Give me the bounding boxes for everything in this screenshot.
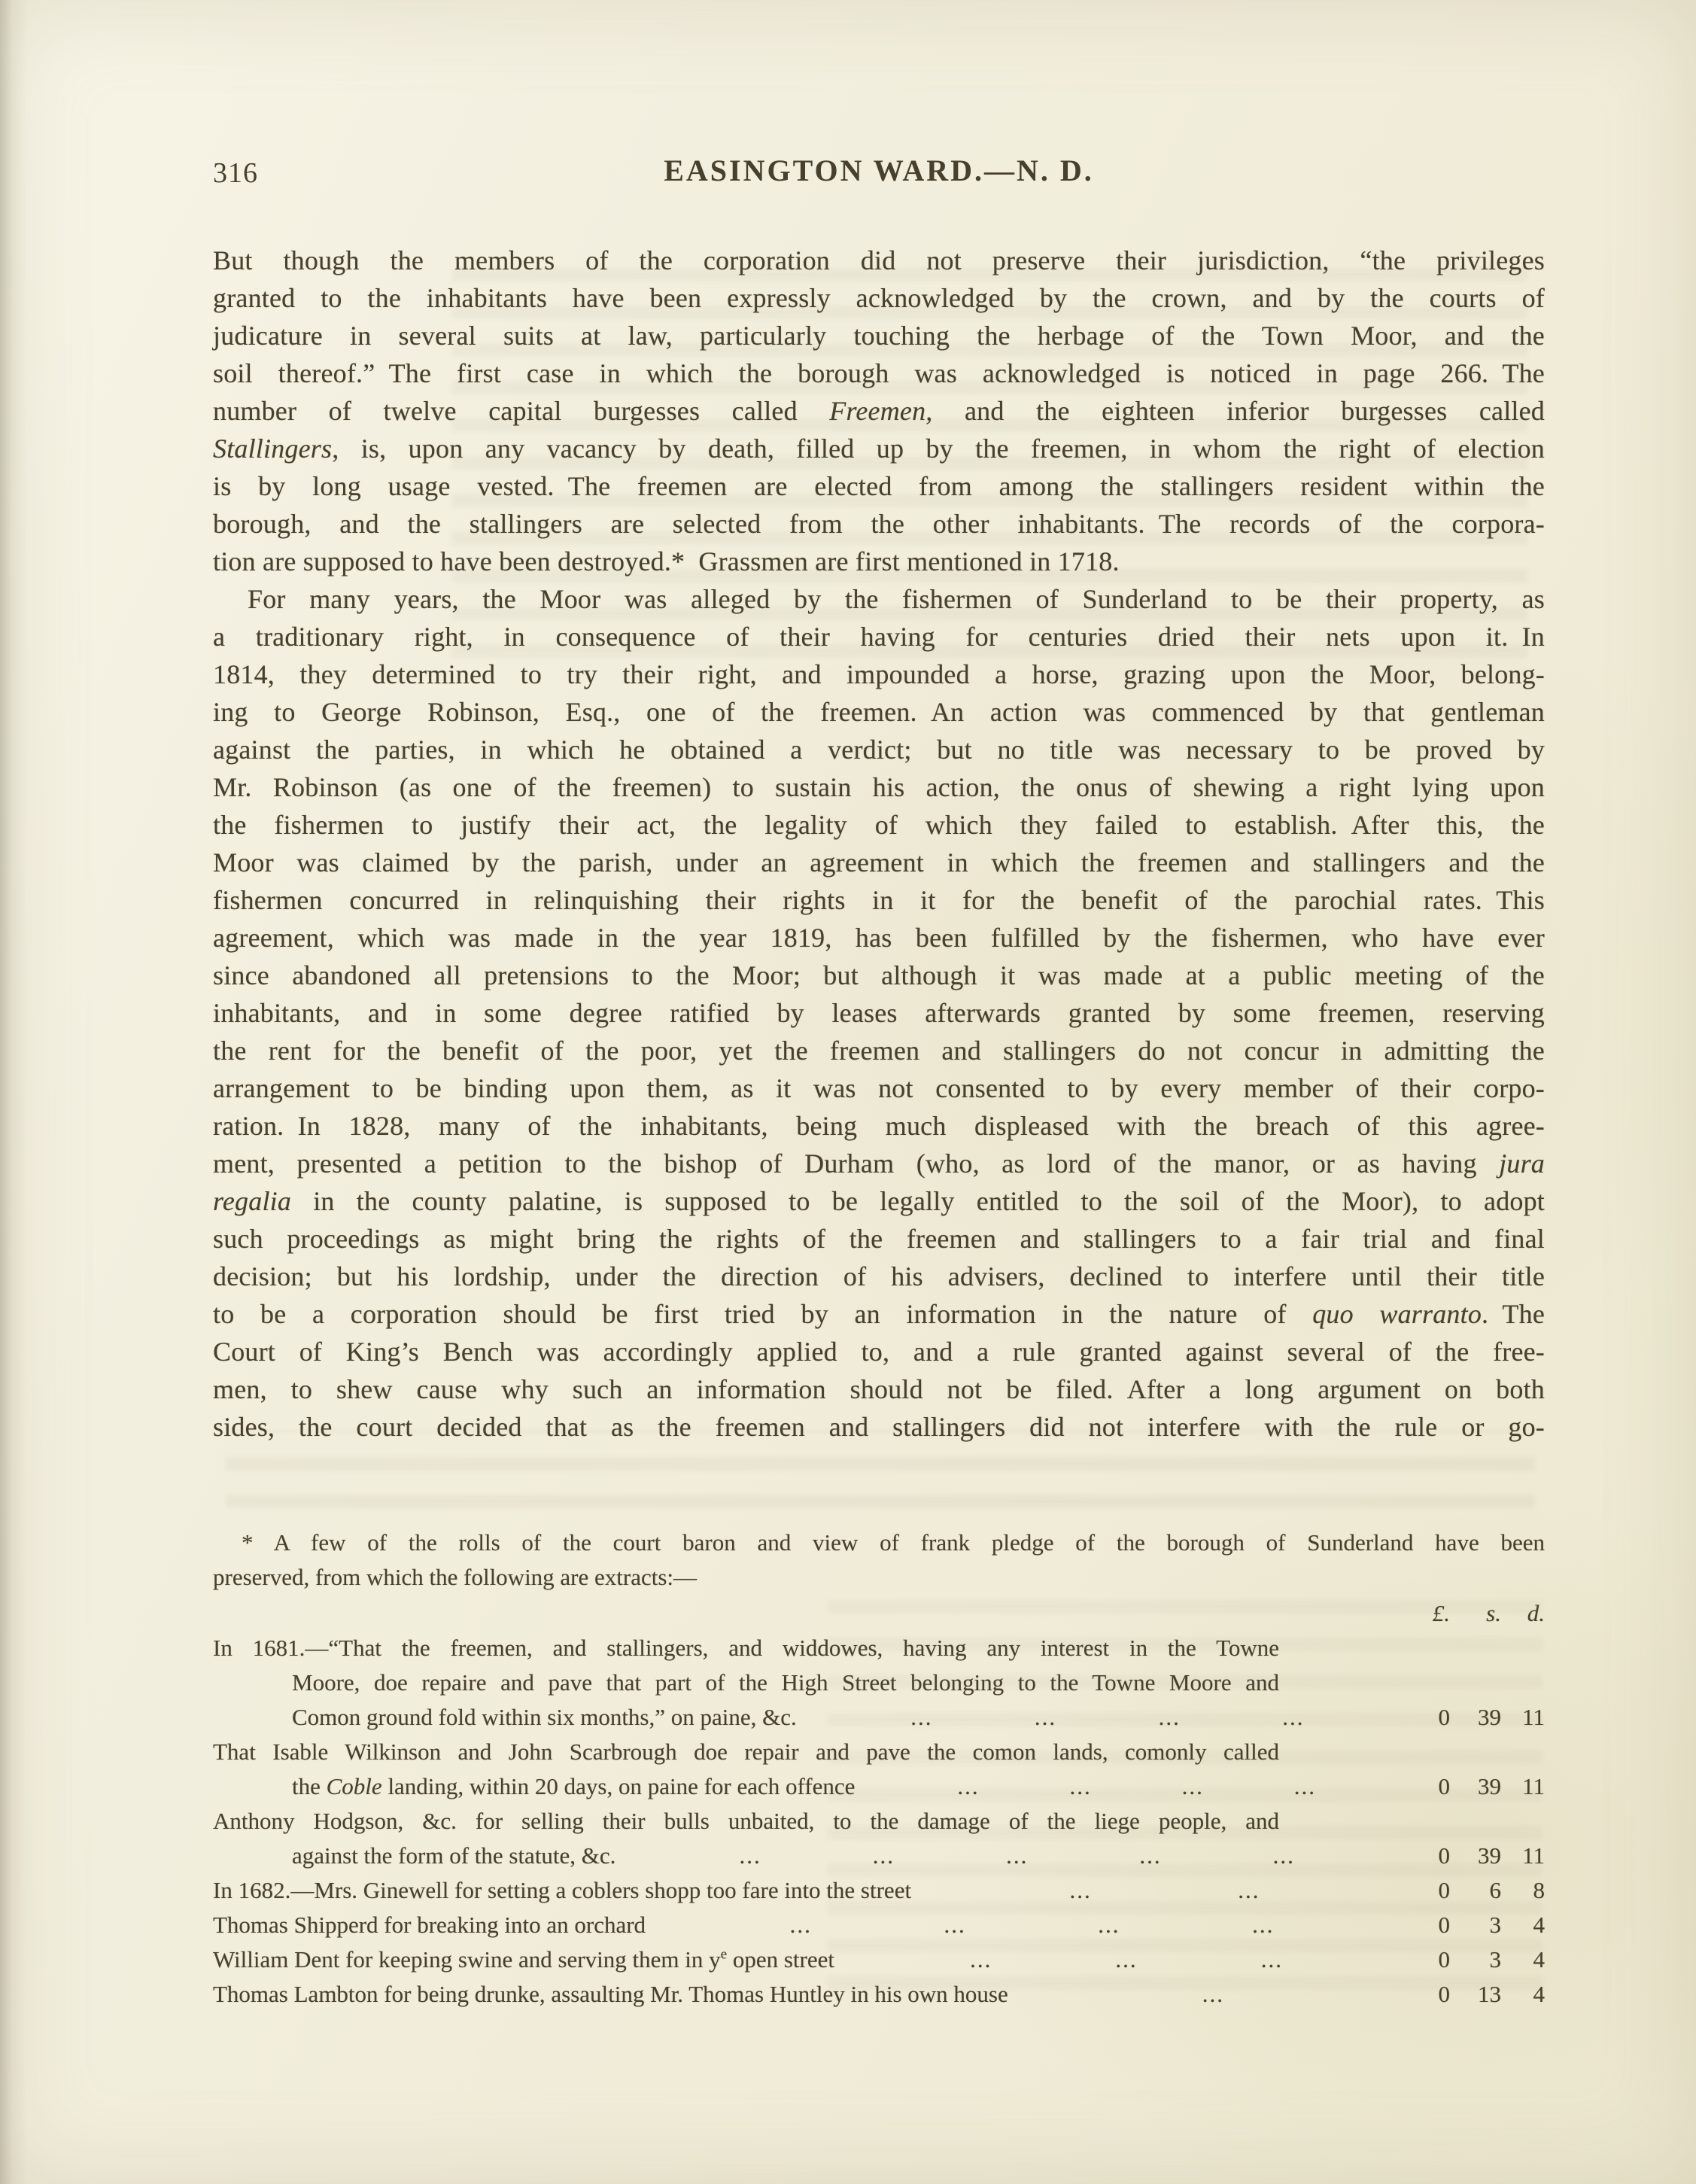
book-page: 316 EASINGTON WARD.—N. D. But though the… xyxy=(0,0,1696,2184)
footnote-line: Moore, doe repaire and pave that part of… xyxy=(213,1665,1279,1700)
dot-group: ... xyxy=(944,1908,965,1942)
entry-text: the Coble landing, within 20 days, on pa… xyxy=(292,1769,855,1804)
body-line: ration. In 1828, many of the inhabitants… xyxy=(213,1107,1545,1145)
dot-group: ... xyxy=(1182,1769,1204,1804)
footnote-line: the Coble landing, within 20 days, on pa… xyxy=(213,1769,1545,1804)
dot-group: ... xyxy=(1159,1700,1181,1735)
body-line: against the parties, in which he obtaine… xyxy=(213,731,1545,768)
running-title: EASINGTON WARD.—N. D. xyxy=(213,153,1545,188)
text-part: , is, upon any vacancy by death, filled … xyxy=(332,433,1545,464)
text-part: tion are supposed to have been destroyed… xyxy=(213,546,1120,576)
text-part: decision; but his lordship, under the di… xyxy=(213,1261,1545,1291)
text-part: agreement, which was made in the year 18… xyxy=(213,923,1545,953)
footnote: * A few of the rolls of the court baron … xyxy=(213,1525,1545,2012)
dot-group: ... xyxy=(873,1839,895,1873)
body-line: number of twelve capital burgesses calle… xyxy=(213,392,1545,430)
body-line: a traditionary right, in consequence of … xyxy=(213,618,1545,656)
text-part: preserved, from which the following are … xyxy=(213,1564,697,1590)
body-line: inhabitants, and in some degree ratified… xyxy=(213,994,1545,1032)
page-header: 316 EASINGTON WARD.—N. D. xyxy=(213,153,1545,193)
amount-pence: 11 xyxy=(1501,1769,1545,1804)
entry-text: William Dent for keeping swine and servi… xyxy=(213,1942,834,1977)
main-text: But though the members of the corporatio… xyxy=(213,242,1545,1446)
text-part: to be a corporation should be first trie… xyxy=(213,1299,1312,1329)
amount-shillings: 39 xyxy=(1450,1700,1501,1735)
text-part: In 1681.—“That the freemen, and stalling… xyxy=(213,1635,1279,1661)
text-part: 1814, they determined to try their right… xyxy=(213,659,1545,689)
amount-shillings: 13 xyxy=(1450,1977,1501,2012)
footnote-line: Thomas Lambton for being drunke, assault… xyxy=(213,1977,1545,2012)
dot-group: ... xyxy=(1035,1700,1056,1735)
footnote-line: Anthony Hodgson, &c. for selling their b… xyxy=(213,1804,1279,1839)
body-line: Court of King’s Bench was accordingly ap… xyxy=(213,1333,1545,1370)
body-line: the rent for the benefit of the poor, ye… xyxy=(213,1032,1545,1069)
body-line: ment, presented a petition to the bishop… xyxy=(213,1145,1545,1182)
currency-pounds: £. xyxy=(1418,1596,1450,1631)
footnote-table: In 1681.—“That the freemen, and stalling… xyxy=(213,1631,1545,2012)
amount: 034 xyxy=(1418,1942,1545,1977)
text-part: For many years, the Moor was alleged by … xyxy=(248,584,1545,614)
scan-edge-shadow xyxy=(0,0,27,2184)
text-part: quo warranto xyxy=(1312,1299,1482,1329)
dot-group: ... xyxy=(1261,1942,1283,1977)
amount-shillings: 3 xyxy=(1450,1908,1501,1942)
text-part: But though the members of the corporatio… xyxy=(213,245,1545,275)
text-part: Anthony Hodgson, &c. for selling their b… xyxy=(213,1808,1279,1834)
text-part: sides, the court decided that as the fre… xyxy=(213,1412,1545,1442)
footnote-intro: * A few of the rolls of the court baron … xyxy=(213,1525,1545,1595)
text-part: a traditionary right, in consequence of … xyxy=(213,622,1545,652)
dot-group: ... xyxy=(970,1942,992,1977)
dot-group: ... xyxy=(1273,1839,1295,1873)
amount-pence: 4 xyxy=(1501,1908,1545,1942)
footnote-line: William Dent for keeping swine and servi… xyxy=(213,1942,1545,1977)
dot-group: ... xyxy=(1115,1942,1137,1977)
text-part: ing to George Robinson, Esq., one of the… xyxy=(213,697,1545,727)
text-part: fishermen concurred in relinquishing the… xyxy=(213,885,1545,915)
text-part: soil thereof.” The first case in which t… xyxy=(213,358,1545,388)
body-line: the fishermen to justify their act, the … xyxy=(213,806,1545,844)
body-line: But though the members of the corporatio… xyxy=(213,242,1545,279)
amount-pence: 11 xyxy=(1501,1700,1545,1735)
text-part: arrangement to be binding upon them, as … xyxy=(213,1073,1545,1103)
dot-group: ... xyxy=(1238,1873,1260,1908)
text-part: against the parties, in which he obtaine… xyxy=(213,735,1545,765)
text-part: judicature in several suits at law, part… xyxy=(213,321,1545,351)
dot-leader: ......... xyxy=(834,1942,1418,1977)
amount-shillings: 39 xyxy=(1450,1839,1501,1873)
amount: 03911 xyxy=(1418,1769,1545,1804)
text-part: Thomas Shipperd for breaking into an orc… xyxy=(213,1912,646,1938)
text-part: Comon ground fold within six months,” on… xyxy=(292,1704,797,1730)
amount-pounds: 0 xyxy=(1418,1700,1450,1735)
text-part: Court of King’s Bench was accordingly ap… xyxy=(213,1337,1545,1367)
text-part: Mr. Robinson (as one of the freemen) to … xyxy=(213,772,1545,802)
footnote-line: * A few of the rolls of the court baron … xyxy=(213,1525,1545,1560)
text-part: granted to the inhabitants have been exp… xyxy=(213,283,1545,313)
text-part: and the eighteen inferior burgesses call… xyxy=(933,396,1545,426)
footnote-line: In 1681.—“That the freemen, and stalling… xyxy=(213,1631,1279,1665)
body-line: Stallingers, is, upon any vacancy by dea… xyxy=(213,430,1545,467)
entry-text: In 1682.—Mrs. Ginewell for setting a cob… xyxy=(213,1873,911,1908)
entry-text: Thomas Lambton for being drunke, assault… xyxy=(213,1977,1008,2012)
amount-pounds: 0 xyxy=(1418,1977,1450,2012)
entry-text: against the form of the statute, &c. xyxy=(292,1839,615,1873)
text-part: . The xyxy=(1482,1299,1545,1329)
body-line: For many years, the Moor was alleged by … xyxy=(213,580,1545,618)
dot-group: ... xyxy=(957,1769,979,1804)
text-part: Moore, doe repaire and pave that part of… xyxy=(292,1669,1279,1696)
amount-pence: 4 xyxy=(1501,1942,1545,1977)
amount-pounds: 0 xyxy=(1418,1908,1450,1942)
amount-pence: 8 xyxy=(1501,1873,1545,1908)
dot-group: ... xyxy=(1069,1769,1091,1804)
dot-leader: ............ xyxy=(855,1769,1418,1804)
body-line: fishermen concurred in relinquishing the… xyxy=(213,881,1545,919)
text-part: inhabitants, and in some degree ratified… xyxy=(213,998,1545,1028)
text-part: regalia xyxy=(213,1186,291,1216)
text-part: borough, and the stallingers are selecte… xyxy=(213,509,1545,539)
text-part: e xyxy=(721,1947,728,1963)
currency-header: £.s.d. xyxy=(213,1598,1545,1631)
dot-group: ... xyxy=(1202,1977,1224,2012)
currency-pence: d. xyxy=(1501,1596,1545,1631)
text-part: the rent for the benefit of the poor, ye… xyxy=(213,1036,1545,1066)
dot-group: ... xyxy=(1282,1700,1304,1735)
page-number: 316 xyxy=(213,157,258,190)
text-part: number of twelve capital burgesses calle… xyxy=(213,396,829,426)
amount-pounds: 0 xyxy=(1418,1839,1450,1873)
body-line: granted to the inhabitants have been exp… xyxy=(213,279,1545,317)
amount-pence: 4 xyxy=(1501,1977,1545,2012)
amount-pence: 11 xyxy=(1501,1839,1545,1873)
dot-leader: ............ xyxy=(646,1908,1418,1942)
dot-leader: ............ xyxy=(797,1700,1418,1735)
text-part: in the county palatine, is supposed to b… xyxy=(291,1186,1545,1216)
dot-group: ... xyxy=(1070,1873,1092,1908)
amount-pounds: 0 xyxy=(1418,1942,1450,1977)
text-part: * A few of the rolls of the court baron … xyxy=(242,1529,1545,1556)
dot-leader: ...... xyxy=(911,1873,1418,1908)
footnote-line: Comon ground fold within six months,” on… xyxy=(213,1700,1545,1735)
text-part: against the form of the statute, &c. xyxy=(292,1842,615,1869)
dot-group: ... xyxy=(790,1908,812,1942)
body-line: since abandoned all pretensions to the M… xyxy=(213,957,1545,994)
text-part: open street xyxy=(727,1946,834,1973)
amount: 0134 xyxy=(1418,1977,1545,2012)
body-line: judicature in several suits at law, part… xyxy=(213,317,1545,354)
body-line: ing to George Robinson, Esq., one of the… xyxy=(213,693,1545,731)
amount: 068 xyxy=(1418,1873,1545,1908)
body-line: men, to shew cause why such an informati… xyxy=(213,1370,1545,1408)
entry-text: Thomas Shipperd for breaking into an orc… xyxy=(213,1908,646,1942)
amount-pounds: 0 xyxy=(1418,1769,1450,1804)
text-part: Thomas Lambton for being drunke, assault… xyxy=(213,1981,1008,2007)
dot-group: ... xyxy=(1252,1908,1274,1942)
page-content: 316 EASINGTON WARD.—N. D. But though the… xyxy=(213,153,1545,2012)
dot-group: ... xyxy=(1006,1839,1028,1873)
dot-leader: ... xyxy=(1008,1977,1418,2012)
dot-leader: ............... xyxy=(615,1839,1418,1873)
amount: 034 xyxy=(1418,1908,1545,1942)
text-part: men, to shew cause why such an informati… xyxy=(213,1374,1545,1404)
footnote-line: In 1682.—Mrs. Ginewell for setting a cob… xyxy=(213,1873,1545,1908)
amount: 03911 xyxy=(1418,1700,1545,1735)
text-part: is by long usage vested. The freemen are… xyxy=(213,471,1545,501)
footnote-line: Thomas Shipperd for breaking into an orc… xyxy=(213,1908,1545,1942)
text-part: That Isable Wilkinson and John Scarbroug… xyxy=(213,1738,1279,1765)
text-part: Stallingers xyxy=(213,433,332,464)
body-line: agreement, which was made in the year 18… xyxy=(213,919,1545,957)
text-part: William Dent for keeping swine and servi… xyxy=(213,1946,721,1973)
text-part: since abandoned all pretensions to the M… xyxy=(213,960,1545,990)
amount-shillings: 3 xyxy=(1450,1942,1501,1977)
footnote-line: preserved, from which the following are … xyxy=(213,1560,1545,1595)
currency-shillings: s. xyxy=(1450,1596,1501,1631)
body-line: borough, and the stallingers are selecte… xyxy=(213,505,1545,543)
dot-group: ... xyxy=(1098,1908,1120,1942)
body-line: arrangement to be binding upon them, as … xyxy=(213,1069,1545,1107)
body-line: Moor was claimed by the parish, under an… xyxy=(213,844,1545,881)
text-part: Moor was claimed by the parish, under an… xyxy=(213,847,1545,878)
text-part: Freemen, xyxy=(829,396,932,426)
dot-group: ... xyxy=(1294,1769,1316,1804)
body-line: such proceedings as might bring the righ… xyxy=(213,1220,1545,1258)
body-line: to be a corporation should be first trie… xyxy=(213,1295,1545,1333)
dot-group: ... xyxy=(910,1700,932,1735)
text-part: ration. In 1828, many of the inhabitants… xyxy=(213,1111,1545,1141)
text-part: such proceedings as might bring the righ… xyxy=(213,1224,1545,1254)
entry-text: Comon ground fold within six months,” on… xyxy=(292,1700,797,1735)
dot-group: ... xyxy=(739,1839,761,1873)
amount-shillings: 39 xyxy=(1450,1769,1501,1804)
body-line: is by long usage vested. The freemen are… xyxy=(213,467,1545,505)
amount: 03911 xyxy=(1418,1839,1545,1873)
text-part: landing, within 20 days, on paine for ea… xyxy=(382,1773,856,1799)
body-line: tion are supposed to have been destroyed… xyxy=(213,543,1545,580)
dot-group: ... xyxy=(1139,1839,1161,1873)
body-line: sides, the court decided that as the fre… xyxy=(213,1408,1545,1446)
body-line: regalia in the county palatine, is suppo… xyxy=(213,1182,1545,1220)
text-part: Coble xyxy=(327,1773,382,1799)
amount-shillings: 6 xyxy=(1450,1873,1501,1908)
text-part: jura xyxy=(1499,1148,1545,1179)
amount-pounds: 0 xyxy=(1418,1873,1450,1908)
text-part: the xyxy=(292,1773,327,1799)
body-line: 1814, they determined to try their right… xyxy=(213,656,1545,693)
footnote-line: That Isable Wilkinson and John Scarbroug… xyxy=(213,1735,1279,1769)
body-line: decision; but his lordship, under the di… xyxy=(213,1258,1545,1295)
text-part: In 1682.—Mrs. Ginewell for setting a cob… xyxy=(213,1877,911,1903)
text-part: ment, presented a petition to the bishop… xyxy=(213,1148,1499,1179)
footnote-line: against the form of the statute, &c.....… xyxy=(213,1839,1545,1873)
body-line: soil thereof.” The first case in which t… xyxy=(213,354,1545,392)
body-line: Mr. Robinson (as one of the freemen) to … xyxy=(213,768,1545,806)
text-part: the fishermen to justify their act, the … xyxy=(213,810,1545,840)
